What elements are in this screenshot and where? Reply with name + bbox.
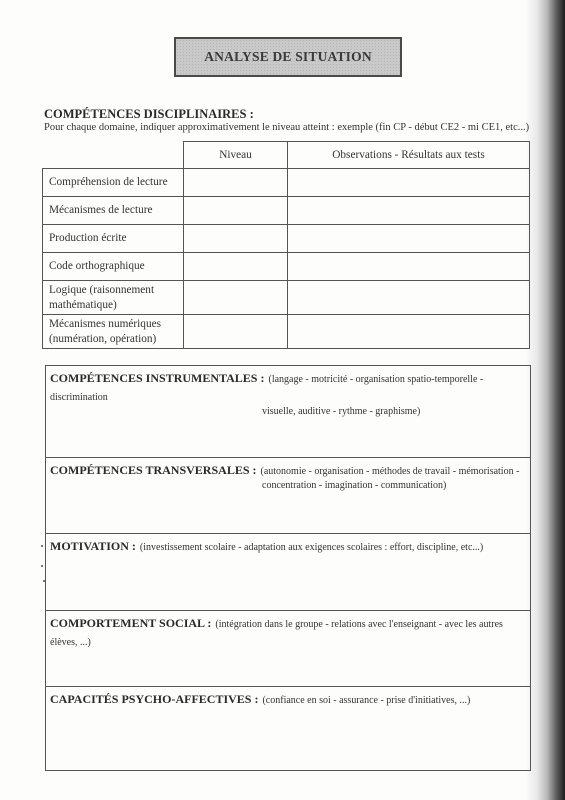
niveau-cell[interactable] [184,281,288,315]
table-row: Production écrite [43,225,530,253]
section-comportement-social[interactable]: COMPORTEMENT SOCIAL : (intégration dans … [46,610,530,686]
observations-cell[interactable] [288,225,530,253]
table-row: Mécanismes numériques (numération, opéra… [43,315,530,349]
table-row: Logique (raisonnement mathématique) [43,281,530,315]
table-header-row: Niveau Observations - Résultats aux test… [43,142,530,169]
table-row: Mécanismes de lecture [43,197,530,225]
section-description: (confiance en soi - assurance - prise d'… [262,695,470,706]
assessment-boxes: COMPÉTENCES INSTRUMENTALES : (langage - … [45,365,531,771]
section-motivation[interactable]: MOTIVATION : (investissement scolaire - … [46,533,530,610]
section-transversales[interactable]: COMPÉTENCES TRANSVERSALES : (autonomie -… [46,457,530,533]
domain-label: Mécanismes numériques (numération, opéra… [43,315,184,349]
section-psycho-affectives[interactable]: CAPACITÉS PSYCHO-AFFECTIVES : (confiance… [46,686,530,770]
domain-label: Production écrite [43,225,184,253]
header-niveau: Niveau [184,142,288,169]
margin-mark [43,580,45,582]
domain-label: Compréhension de lecture [43,169,184,197]
header-observations: Observations - Résultats aux tests [288,142,530,169]
page-title-box: ANALYSE DE SITUATION [174,37,402,77]
observations-cell[interactable] [288,253,530,281]
section-description-line2: visuelle, auditive - rythme - graphisme) [50,406,526,417]
niveau-cell[interactable] [184,315,288,349]
section-description-line2: concentration - imagination - communicat… [50,480,526,491]
section-instrumentales[interactable]: COMPÉTENCES INSTRUMENTALES : (langage - … [46,366,530,457]
margin-mark [41,565,43,567]
section-heading: COMPÉTENCES INSTRUMENTALES : [50,371,264,385]
observations-cell[interactable] [288,281,530,315]
header-blank [43,142,184,169]
domain-label: Mécanismes de lecture [43,197,184,225]
niveau-cell[interactable] [184,253,288,281]
niveau-cell[interactable] [184,169,288,197]
niveau-cell[interactable] [184,197,288,225]
observations-cell[interactable] [288,197,530,225]
domain-label: Logique (raisonnement mathématique) [43,281,184,315]
section-heading: MOTIVATION : [50,539,136,553]
table-row: Code orthographique [43,253,530,281]
observations-cell[interactable] [288,169,530,197]
section-heading: CAPACITÉS PSYCHO-AFFECTIVES : [50,692,258,706]
disciplinaires-table: Niveau Observations - Résultats aux test… [42,141,530,349]
book-binding-shadow [525,0,565,800]
section-heading: COMPORTEMENT SOCIAL : [50,616,211,630]
section-description: (investissement scolaire - adaptation au… [140,542,483,553]
domain-label: Code orthographique [43,253,184,281]
margin-mark [41,545,43,547]
section-description: (autonomie - organisation - méthodes de … [261,466,520,477]
table-row: Compréhension de lecture [43,169,530,197]
observations-cell[interactable] [288,315,530,349]
disciplinaires-instruction: Pour chaque domaine, indiquer approximat… [44,122,529,133]
page-title: ANALYSE DE SITUATION [204,49,372,65]
section-heading: COMPÉTENCES TRANSVERSALES : [50,463,257,477]
disciplinaires-heading: COMPÉTENCES DISCIPLINAIRES : [44,107,254,122]
niveau-cell[interactable] [184,225,288,253]
